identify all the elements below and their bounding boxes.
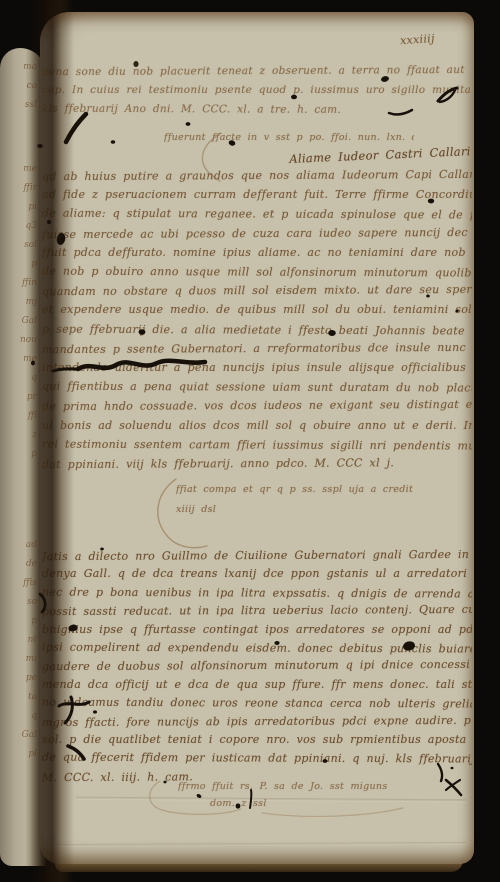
entry-heading-aljama: Aliame Iudeor Castri Callari	[280, 144, 480, 167]
folio-number: xxxiiij	[400, 30, 467, 48]
manuscript-photo: macassl meffirpiq3solpffinmjGalnoumeqprf…	[0, 0, 500, 882]
facing-page-text-fragment: q	[22, 707, 37, 726]
manuscript-text-line: denya Gall. q de dca treans lxanij dce p…	[42, 565, 472, 583]
manuscript-text-line: cap. In cuius rei testimoniu psente quod…	[42, 81, 470, 100]
manuscript-text-line: kls ffebruarij Ano dni. M. CCC. xl. a tr…	[42, 100, 470, 121]
entry2-paragraph: Jatis a dilecto nro Guillmo de Ciuilione…	[42, 547, 472, 786]
manuscript-text-line: gaudere de duobus sol alfonsinorum minut…	[42, 656, 472, 677]
manuscript-text-line: ffrmo ffuit rs. P. sa de Jo. sst miguns	[178, 778, 468, 795]
facing-page-text-fragment: nt	[22, 631, 37, 650]
facing-page-text-fragment: Gal	[22, 726, 37, 745]
manuscript-text-line: ffuerunt ffacte in v sst p po. ffoi. nun…	[164, 132, 414, 143]
manuscript-text-line: ffiat compa et qr q p ss. sspl uja a cre…	[176, 480, 466, 500]
manuscript-text-line: sol. p die quatlibet teniat i copore nro…	[42, 731, 472, 749]
manuscript-text-line: menda dca officij ut e dca de qua sup ff…	[42, 676, 472, 694]
facing-page-text-fragment: ffin	[20, 274, 37, 293]
facing-page-text-fragment: q	[20, 369, 37, 388]
rubric-line: ffuerunt ffacte in v sst p po. ffoi. nun…	[164, 132, 414, 143]
manuscript-text-line: Jatis a dilecto nro Guillmo de Ciuilione…	[42, 546, 472, 567]
manuscript-text-line: ad fide z pseruacionem curram defferant …	[42, 185, 472, 204]
manuscript-text-line: mgros ffacti. fore nuncijs ab ipis arred…	[42, 712, 472, 733]
facing-page-text-fragment: Gal	[20, 312, 37, 331]
facing-page-text-fragment: mj	[20, 293, 37, 312]
manuscript-page: xxxiiij pena sone diu nob placuerit tene…	[40, 12, 474, 864]
manuscript-text-line: de aliame: q stipulat ura reganee. et p …	[42, 204, 472, 225]
facing-page-fragments-upper: meffirpiq3solpffinmjGalnoumeqprffizp	[20, 160, 37, 464]
manuscript-text-line: pena sone diu nob placuerit teneat z obs…	[42, 61, 470, 82]
facing-page-fragments-lower: addeffissopntmipetaqGalpl	[22, 536, 37, 764]
facing-page-text-fragment: ca	[23, 77, 37, 96]
facing-page-text-fragment: q3	[20, 217, 37, 236]
facing-page-text-fragment: de	[22, 555, 37, 574]
manuscript-text-line: dat ppiniani. viij kls ffebruarij. anno …	[42, 453, 472, 474]
facing-page-text-fragment: ad	[22, 536, 37, 555]
manuscript-text-line: mandantes p ssente Gubernatori. a rrefor…	[42, 338, 472, 359]
facing-page-text-fragment: nou	[20, 331, 37, 350]
facing-page-text-fragment: ssl	[23, 96, 37, 115]
facing-page-text-fragment: ma	[23, 58, 37, 77]
facing-page-text-fragment: ffi	[20, 407, 37, 426]
facing-page-text-fragment: pl	[22, 745, 37, 764]
manuscript-text-line: p sepe ffebruarij die. a alia medietate …	[42, 319, 472, 340]
facing-page-text-fragment: pr	[20, 388, 37, 407]
facing-page-text-fragment: p	[20, 445, 37, 464]
manuscript-text-line: no uideamus tandiu donec uros reone stan…	[42, 694, 472, 714]
facing-page-text-fragment: mi	[22, 650, 37, 669]
manuscript-text-line: fuisse mercede ac ubi pcesso de cuza car…	[42, 222, 472, 243]
facing-page-text-fragment: so	[22, 593, 37, 612]
manuscript-text-line: bnignius ipse q ffurtasse contingat ipos…	[42, 621, 472, 639]
facing-page-text-fragment: sol	[20, 236, 37, 255]
facing-page-text-fragment: p	[22, 612, 37, 631]
facing-page-text-fragment: me	[20, 160, 37, 179]
facing-page-text-fragment: z	[20, 426, 37, 445]
facing-page-text-fragment: p	[20, 255, 37, 274]
facing-page-text-fragment: pe	[22, 669, 37, 688]
manuscript-text-line: et expendere usque medio. de quibus mill…	[42, 300, 472, 319]
entry1-paragraph: qd ab huius putire a graundos que nos al…	[42, 166, 472, 473]
manuscript-text-line: intendendo uideritur a pena nuncijs ipiu…	[42, 358, 472, 377]
facing-page-text-fragment: ffis	[22, 574, 37, 593]
manuscript-text-line: ffuit pdca deffurato. nomine ipius aliam…	[42, 243, 472, 262]
previous-entry-end: pena sone diu nob placuerit teneat z obs…	[42, 62, 470, 119]
chancery-note-2: ffrmo ffuit rs. P. sa de Jo. sst migunsd…	[178, 778, 468, 812]
facing-page-fragments-top: macassl	[23, 58, 37, 115]
facing-page-text-fragment: pi	[20, 198, 37, 217]
manuscript-text-line: qd ab huius putire a graundos que nos al…	[42, 165, 472, 186]
facing-page-text-fragment: ta	[22, 688, 37, 707]
facing-page-text-fragment: ffir	[20, 179, 37, 198]
paper-crease	[50, 842, 466, 847]
manuscript-text-line: quandam no obstare q duos mill sol eisde…	[42, 280, 472, 301]
facing-page-text-fragment: me	[20, 350, 37, 369]
manuscript-text-line: Aliame Iudeor Castri Callari	[280, 144, 480, 167]
manuscript-text-line: xiiij dsl	[176, 500, 466, 520]
manuscript-text-line: ul bonis ad soluendu alios dcos mill sol…	[42, 416, 472, 435]
manuscript-text-line: de prima hndo cossuade. vos dcos iudeos …	[42, 395, 472, 416]
chancery-note-1: ffiat compa et qr q p ss. sspl uja a cre…	[176, 480, 466, 520]
manuscript-text-line: possit sassti reducat. ut in ipa litra u…	[42, 601, 472, 622]
